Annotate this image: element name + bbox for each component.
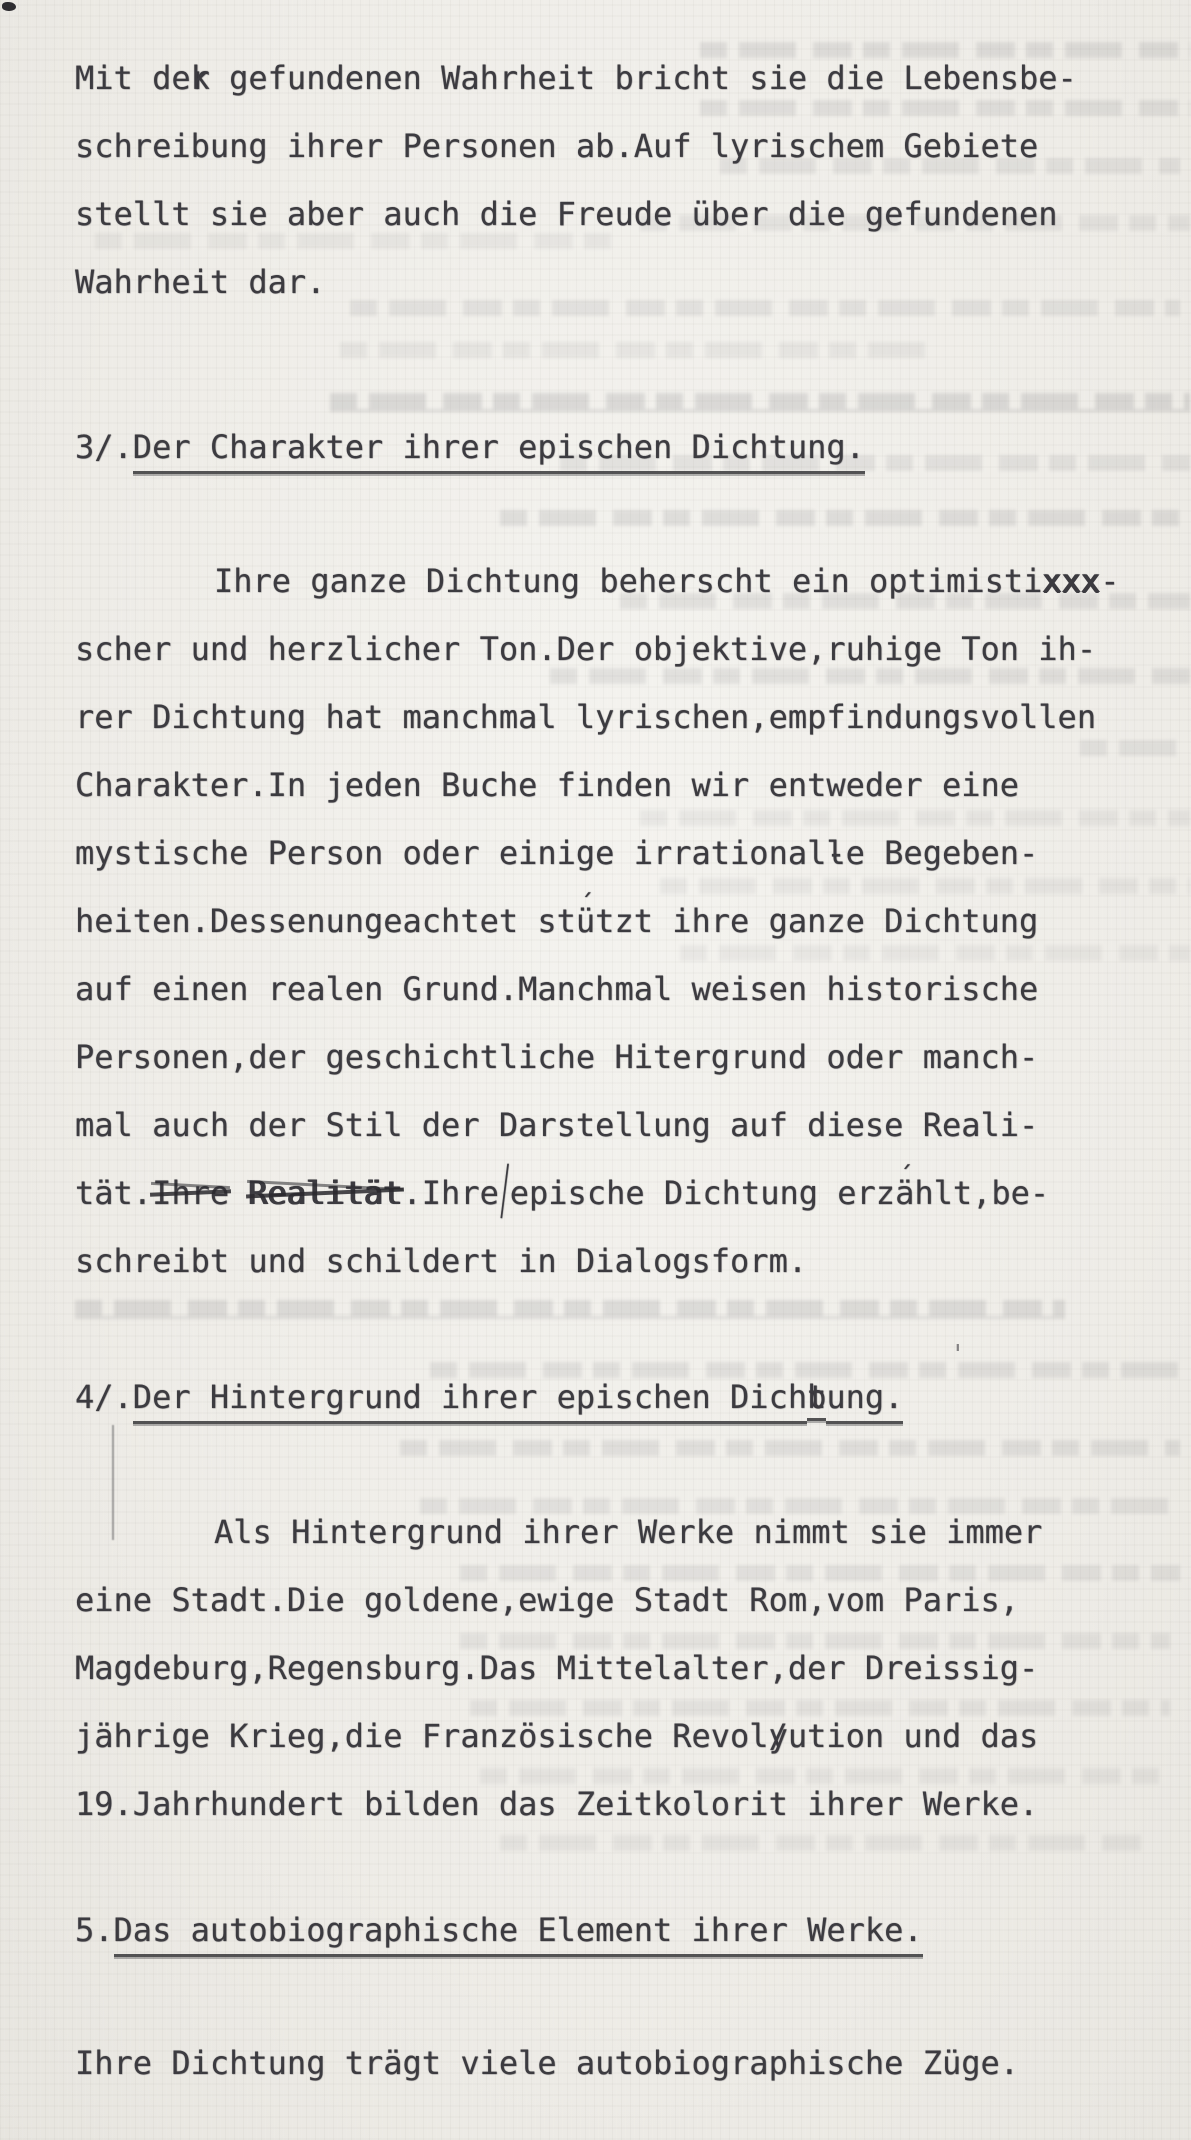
stray-apostrophe-mark: ' — [950, 1340, 966, 1370]
scratch-mark — [112, 1425, 114, 1540]
artifact-layer: ' — [0, 0, 1191, 2140]
typewritten-page: { "document": { "language": "de", "ink_c… — [0, 0, 1191, 2140]
ink-speck — [2, 2, 16, 11]
